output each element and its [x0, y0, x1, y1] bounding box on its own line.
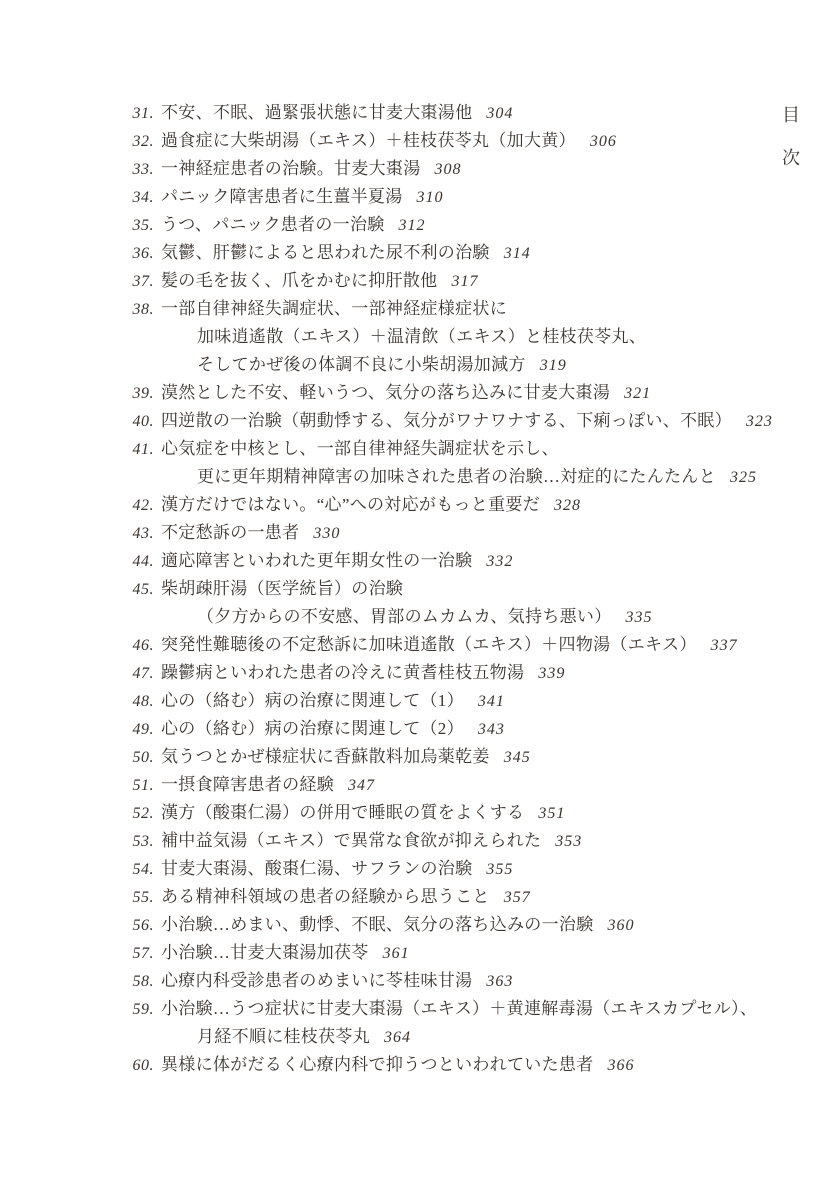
toc-entry-line: 45.柴胡疎肝湯（医学統旨）の治験 — [122, 575, 773, 603]
entry-page-number: 355 — [486, 856, 513, 884]
entry-number: 41. — [122, 436, 154, 464]
entry-page-number: 314 — [504, 240, 531, 268]
toc-entry-line: 39.漠然とした不安、軽いうつ、気分の落ち込みに甘麦大棗湯321 — [122, 379, 773, 407]
entry-title: 不安、不眠、過緊張状態に甘麦大棗湯他 — [161, 99, 472, 127]
entry-title: ある精神科領域の患者の経験から思うこと — [161, 883, 490, 911]
entry-page-number: 364 — [384, 1024, 411, 1052]
toc-entry-line: そしてかぜ後の体調不良に小柴胡湯加減方319 — [122, 351, 773, 379]
entry-number: 42. — [122, 492, 154, 520]
entry-page-number: 345 — [504, 744, 531, 772]
entry-number: 38. — [122, 296, 154, 324]
entry-number: 48. — [122, 688, 154, 716]
entry-title: そしてかぜ後の体調不良に小柴胡湯加減方 — [197, 351, 526, 379]
entry-page-number: 304 — [486, 100, 513, 128]
toc-entry-line: 58.心療内科受診患者のめまいに苓桂味甘湯363 — [122, 967, 773, 995]
entry-title: 一部自律神経失調症状、一部神経症様症状に — [161, 295, 507, 323]
toc-entry-line: 加味逍遙散（エキス）＋温清飲（エキス）と桂枝茯苓丸、 — [122, 323, 773, 351]
entry-title: 適応障害といわれた更年期女性の一治験 — [161, 547, 472, 575]
entry-number: 49. — [122, 716, 154, 744]
entry-title: 小治験…うつ症状に甘麦大棗湯（エキス）＋黄連解毒湯（エキスカプセル）、 — [161, 995, 757, 1023]
toc-list: 31.不安、不眠、過緊張状態に甘麦大棗湯他30432.過食症に大柴胡湯（エキス）… — [122, 99, 773, 1079]
entry-number: 32. — [122, 128, 154, 156]
toc-entry-line: 54.甘麦大棗湯、酸棗仁湯、サフランの治験355 — [122, 855, 773, 883]
entry-page-number: 312 — [399, 212, 426, 240]
entry-title: 気うつとかぜ様症状に香蘇散料加烏薬乾姜 — [161, 743, 490, 771]
entry-number: 45. — [122, 576, 154, 604]
entry-number: 47. — [122, 660, 154, 688]
toc-entry-line: 48.心の（絡む）病の治療に関連して（1）341 — [122, 687, 773, 715]
toc-entry-line: 43.不定愁訴の一患者330 — [122, 519, 773, 547]
entry-number: 39. — [122, 380, 154, 408]
toc-entry-line: 38.一部自律神経失調症状、一部神経症様症状に — [122, 295, 773, 323]
toc-entry-line: 60.異様に体がだるく心療内科で抑うつといわれていた患者366 — [122, 1051, 773, 1079]
entry-title: （夕方からの不安感、胃部のムカムカ、気持ち悪い） — [197, 603, 612, 631]
entry-page-number: 343 — [478, 716, 505, 744]
entry-number: 34. — [122, 184, 154, 212]
toc-entry-line: 44.適応障害といわれた更年期女性の一治験332 — [122, 547, 773, 575]
entry-page-number: 317 — [451, 268, 478, 296]
toc-entry-line: 50.気うつとかぜ様症状に香蘇散料加烏薬乾姜345 — [122, 743, 773, 771]
toc-entry-line: 52.漢方（酸棗仁湯）の併用で睡眠の質をよくする351 — [122, 799, 773, 827]
entry-page-number: 319 — [540, 352, 567, 380]
entry-number: 56. — [122, 912, 154, 940]
toc-entry-line: 33.一神経症患者の治験。甘麦大棗湯308 — [122, 155, 773, 183]
entry-page-number: 323 — [746, 408, 773, 436]
entry-title: 一神経症患者の治験。甘麦大棗湯 — [161, 155, 421, 183]
entry-page-number: 353 — [555, 828, 582, 856]
entry-title: 柴胡疎肝湯（医学統旨）の治験 — [161, 575, 403, 603]
entry-title: 補中益気湯（エキス）で異常な食欲が抑えられた — [161, 827, 541, 855]
toc-entry-line: 32.過食症に大柴胡湯（エキス）＋桂枝茯苓丸（加大黄）306 — [122, 127, 773, 155]
entry-page-number: 363 — [486, 968, 513, 996]
entry-number: 35. — [122, 212, 154, 240]
entry-title: 小治験…めまい、動悸、不眠、気分の落ち込みの一治験 — [161, 911, 594, 939]
toc-entry-line: 36.気鬱、肝鬱によると思われた尿不利の治験314 — [122, 239, 773, 267]
toc-entry-line: 49.心の（絡む）病の治療に関連して（2）343 — [122, 715, 773, 743]
entry-title: 心の（絡む）病の治療に関連して（1） — [161, 687, 464, 715]
toc-entry-line: 57.小治験…甘麦大棗湯加茯苓361 — [122, 939, 773, 967]
entry-number: 59. — [122, 996, 154, 1024]
toc-entry-line: 55.ある精神科領域の患者の経験から思うこと357 — [122, 883, 773, 911]
page-corner-title: 目 次 — [782, 106, 800, 168]
entry-title: 過食症に大柴胡湯（エキス）＋桂枝茯苓丸（加大黄） — [161, 127, 576, 155]
entry-number: 60. — [122, 1052, 154, 1080]
corner-title-char-1: 目 — [782, 106, 800, 125]
entry-page-number: 328 — [554, 492, 581, 520]
entry-title: 月経不順に桂枝茯苓丸 — [197, 1023, 370, 1051]
toc-entry-line: 51.一摂食障害患者の経験347 — [122, 771, 773, 799]
toc-entry-line: 月経不順に桂枝茯苓丸364 — [122, 1023, 773, 1051]
entry-title: 異様に体がだるく心療内科で抑うつといわれていた患者 — [161, 1051, 594, 1079]
entry-number: 43. — [122, 520, 154, 548]
entry-number: 44. — [122, 548, 154, 576]
entry-title: 心の（絡む）病の治療に関連して（2） — [161, 715, 464, 743]
entry-title: 加味逍遙散（エキス）＋温清飲（エキス）と桂枝茯苓丸、 — [197, 323, 646, 351]
entry-title: 漢方だけではない。“心”への対応がもっと重要だ — [161, 491, 540, 519]
toc-entry-line: 更に更年期精神障害の加味された患者の治験…対症的にたんたんと325 — [122, 463, 773, 491]
entry-title: 更に更年期精神障害の加味された患者の治験…対症的にたんたんと — [197, 463, 716, 491]
entry-number: 58. — [122, 968, 154, 996]
entry-number: 51. — [122, 772, 154, 800]
corner-title-char-2: 次 — [782, 149, 800, 168]
entry-page-number: 341 — [478, 688, 505, 716]
entry-number: 53. — [122, 828, 154, 856]
toc-entry-line: 56.小治験…めまい、動悸、不眠、気分の落ち込みの一治験360 — [122, 911, 773, 939]
entry-number: 31. — [122, 100, 154, 128]
toc-entry-line: 42.漢方だけではない。“心”への対応がもっと重要だ328 — [122, 491, 773, 519]
entry-number: 55. — [122, 884, 154, 912]
entry-page-number: 361 — [383, 940, 410, 968]
entry-page-number: 306 — [590, 128, 617, 156]
toc-entry-line: 31.不安、不眠、過緊張状態に甘麦大棗湯他304 — [122, 99, 773, 127]
entry-number: 33. — [122, 156, 154, 184]
entry-page-number: 360 — [608, 912, 635, 940]
entry-title: 漠然とした不安、軽いうつ、気分の落ち込みに甘麦大棗湯 — [161, 379, 610, 407]
toc-entry-line: （夕方からの不安感、胃部のムカムカ、気持ち悪い）335 — [122, 603, 773, 631]
entry-page-number: 339 — [538, 660, 565, 688]
entry-number: 50. — [122, 744, 154, 772]
toc-entry-line: 47.躁鬱病といわれた患者の冷えに黄耆桂枝五物湯339 — [122, 659, 773, 687]
entry-title: 気鬱、肝鬱によると思われた尿不利の治験 — [161, 239, 490, 267]
entry-title: 髪の毛を抜く、爪をかむに抑肝散他 — [161, 267, 437, 295]
toc-entry-line: 41.心気症を中核とし、一部自律神経失調症状を示し、 — [122, 435, 773, 463]
entry-number: 46. — [122, 632, 154, 660]
entry-title: 甘麦大棗湯、酸棗仁湯、サフランの治験 — [161, 855, 472, 883]
toc-entry-line: 35.うつ、パニック患者の一治験312 — [122, 211, 773, 239]
entry-page-number: 351 — [538, 800, 565, 828]
entry-number: 52. — [122, 800, 154, 828]
entry-number: 37. — [122, 268, 154, 296]
entry-title: 突発性難聴後の不定愁訴に加味逍遙散（エキス）＋四物湯（エキス） — [161, 631, 697, 659]
entry-number: 54. — [122, 856, 154, 884]
entry-page-number: 321 — [624, 380, 651, 408]
entry-page-number: 335 — [626, 604, 653, 632]
entry-page-number: 308 — [435, 156, 462, 184]
entry-number: 57. — [122, 940, 154, 968]
toc-entry-line: 37.髪の毛を抜く、爪をかむに抑肝散他317 — [122, 267, 773, 295]
entry-title: 不定愁訴の一患者 — [161, 519, 299, 547]
entry-title: うつ、パニック患者の一治験 — [161, 211, 385, 239]
entry-page-number: 325 — [730, 464, 757, 492]
entry-page-number: 366 — [608, 1052, 635, 1080]
entry-page-number: 330 — [313, 520, 340, 548]
entry-title: 小治験…甘麦大棗湯加茯苓 — [161, 939, 369, 967]
entry-title: 心療内科受診患者のめまいに苓桂味甘湯 — [161, 967, 472, 995]
entry-page-number: 347 — [348, 772, 375, 800]
toc-entry-line: 53.補中益気湯（エキス）で異常な食欲が抑えられた353 — [122, 827, 773, 855]
entry-title: 漢方（酸棗仁湯）の併用で睡眠の質をよくする — [161, 799, 524, 827]
entry-title: 心気症を中核とし、一部自律神経失調症状を示し、 — [161, 435, 559, 463]
toc-entry-line: 40.四逆散の一治験（朝動悸する、気分がワナワナする、下痢っぽい、不眠）323 — [122, 407, 773, 435]
toc-page: 目 次 31.不安、不眠、過緊張状態に甘麦大棗湯他30432.過食症に大柴胡湯（… — [0, 0, 830, 1178]
entry-page-number: 357 — [504, 884, 531, 912]
toc-entry-line: 34.パニック障害患者に生薑半夏湯310 — [122, 183, 773, 211]
toc-entry-line: 46.突発性難聴後の不定愁訴に加味逍遙散（エキス）＋四物湯（エキス）337 — [122, 631, 773, 659]
entry-title: 一摂食障害患者の経験 — [161, 771, 334, 799]
entry-title: 躁鬱病といわれた患者の冷えに黄耆桂枝五物湯 — [161, 659, 524, 687]
entry-number: 40. — [122, 408, 154, 436]
entry-page-number: 332 — [486, 548, 513, 576]
entry-number: 36. — [122, 240, 154, 268]
toc-entry-line: 59.小治験…うつ症状に甘麦大棗湯（エキス）＋黄連解毒湯（エキスカプセル）、 — [122, 995, 773, 1023]
entry-title: パニック障害患者に生薑半夏湯 — [161, 183, 403, 211]
entry-page-number: 337 — [711, 632, 738, 660]
entry-page-number: 310 — [417, 184, 444, 212]
entry-title: 四逆散の一治験（朝動悸する、気分がワナワナする、下痢っぽい、不眠） — [161, 407, 732, 435]
